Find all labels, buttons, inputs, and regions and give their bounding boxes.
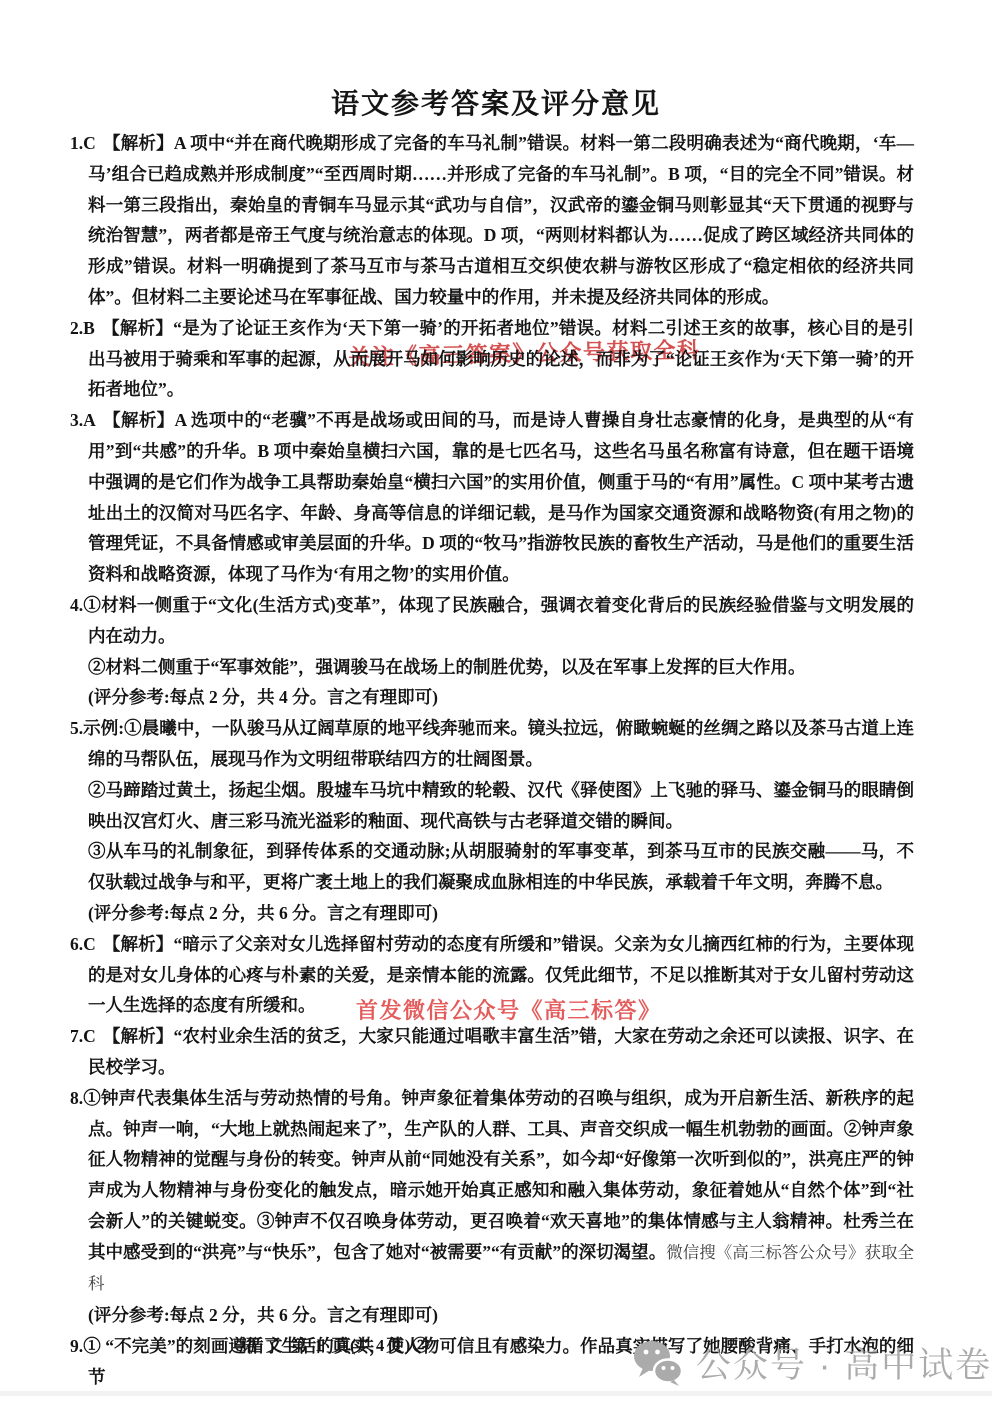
item-text: 示例:①晨曦中，一队骏马从辽阔草原的地平线奔驰而来。镜头拉远，俯瞰蜿蜒的丝绸之路… — [83, 718, 914, 769]
item-text: (评分参考:每点 2 分，共 4 分。言之有理即可) — [88, 687, 438, 707]
answer-item-7: 7.C【解析】“农村业余生活的贫乏，大家只能通过唱歌丰富生活”错，大家在劳动之余… — [70, 1021, 914, 1083]
answer-content: 1.C【解析】A 项中“并在商代晚期形成了完备的车马礼制”错误。材料一第二段明确… — [70, 128, 914, 1393]
answer-item-5: 5.示例:①晨曦中，一队骏马从辽阔草原的地平线奔驰而来。镜头拉远，俯瞰蜿蜒的丝绸… — [70, 713, 914, 775]
answer-item-1: 1.C【解析】A 项中“并在商代晚期形成了完备的车马礼制”错误。材料一第二段明确… — [70, 128, 914, 313]
item-text: A 选项中的“老骥”不再是战场或田间的马，而是诗人曹操自身壮志豪情的化身，是典型… — [88, 410, 914, 584]
answer-item-5-point-3: ③从车马的礼制象征，到驿传体系的交通动脉;从胡服骑射的军事变革，到茶马互市的民族… — [70, 836, 914, 898]
item-text: ①钟声代表集体生活与劳动热情的号角。钟声象征着集体劳动的召唤与组织，成为开启新生… — [83, 1088, 914, 1262]
item-text: “农村业余生活的贫乏，大家只能通过唱歌丰富生活”错，大家在劳动之余还可以读报、识… — [88, 1026, 914, 1077]
footer-page-label: 语 文 第 1 页(共4页)② — [241, 1332, 431, 1356]
item-text: ②马蹄踏过黄土，扬起尘烟。殷墟车马坑中精致的轮毂、汉代《驿使图》上飞驰的驿马、鎏… — [88, 780, 914, 831]
scoring-note-8: (评分参考:每点 2 分，共 6 分。言之有理即可) — [70, 1300, 914, 1331]
item-number: 8. — [70, 1088, 83, 1108]
jiexi-tag: 【解析】 — [103, 133, 174, 153]
item-text: (评分参考:每点 2 分，共 6 分。言之有理即可) — [88, 1305, 438, 1325]
answer-item-2: 2.B【解析】“是为了论证王亥作为‘天下第一骑’的开拓者地位”错误。材料二引述王… — [70, 313, 914, 405]
item-number: 3.A — [70, 410, 96, 430]
item-text: ①材料一侧重于“文化(生活方式)变革”，体现了民族融合，强调衣着变化背后的民族经… — [83, 595, 914, 646]
wechat-icon — [632, 1339, 684, 1387]
item-text: A 项中“并在商代晚期形成了完备的车马礼制”错误。材料一第二段明确表述为“商代晚… — [88, 133, 914, 307]
item-number: 5. — [70, 718, 83, 738]
jiexi-tag: 【解析】 — [103, 934, 174, 954]
answer-item-8: 8.①钟声代表集体生活与劳动热情的号角。钟声象征着集体劳动的召唤与组织，成为开启… — [70, 1083, 914, 1301]
item-number: 6.C — [70, 934, 96, 954]
item-number: 2.B — [70, 318, 95, 338]
scoring-note-5: (评分参考:每点 2 分，共 6 分。言之有理即可) — [70, 898, 914, 929]
item-number: 7.C — [70, 1026, 96, 1046]
item-text: ③从车马的礼制象征，到驿传体系的交通动脉;从胡服骑射的军事变革，到茶马互市的民族… — [88, 841, 914, 892]
answer-item-4: 4.①材料一侧重于“文化(生活方式)变革”，体现了民族融合，强调衣着变化背后的民… — [70, 590, 914, 652]
jiexi-tag: 【解析】 — [102, 318, 173, 338]
jiexi-tag: 【解析】 — [103, 410, 175, 430]
item-text: (评分参考:每点 2 分，共 6 分。言之有理即可) — [88, 903, 438, 923]
brand-watermark-text: 公众号 · 高中试卷答案 — [696, 1338, 992, 1388]
scan-artifact-band — [0, 1391, 992, 1396]
item-number: 4. — [70, 595, 83, 615]
item-text: ②材料二侧重于“军事效能”，强调骏马在战场上的制胜优势，以及在军事上发挥的巨大作… — [88, 657, 806, 677]
page-title: 语文参考答案及评分意见 — [0, 82, 992, 122]
answer-item-4-point-2: ②材料二侧重于“军事效能”，强调骏马在战场上的制胜优势，以及在军事上发挥的巨大作… — [70, 652, 914, 683]
answer-item-5-point-2: ②马蹄踏过黄土，扬起尘烟。殷墟车马坑中精致的轮毂、汉代《驿使图》上飞驰的驿马、鎏… — [70, 775, 914, 837]
answer-item-3: 3.A【解析】A 选项中的“老骥”不再是战场或田间的马，而是诗人曹操自身壮志豪情… — [70, 405, 914, 590]
document-page: 关注《高三答案》公众号获取全科 语文参考答案及评分意见 1.C【解析】A 项中“… — [0, 0, 992, 1403]
item-number: 1.C — [70, 133, 96, 153]
brand-watermark: 公众号 · 高中试卷答案 — [632, 1338, 992, 1388]
jiexi-tag: 【解析】 — [103, 1026, 174, 1046]
scoring-note-4: (评分参考:每点 2 分，共 4 分。言之有理即可) — [70, 682, 914, 713]
red-watermark-middle: 首发微信公众号《高三标答》 — [356, 994, 662, 1025]
item-text: “是为了论证王亥作为‘天下第一骑’的开拓者地位”错误。材料二引述王亥的故事，核心… — [88, 318, 914, 400]
